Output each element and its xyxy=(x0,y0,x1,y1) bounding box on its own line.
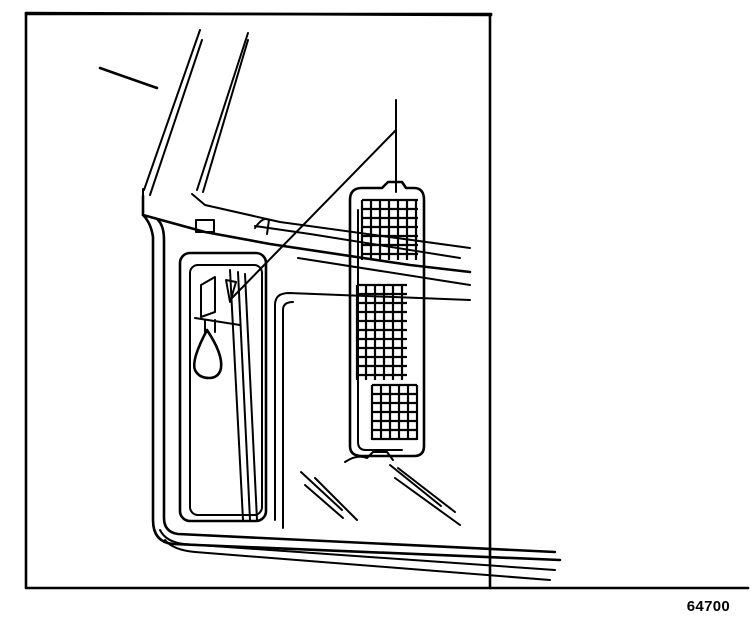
figure-frame xyxy=(26,13,748,588)
glass-reflection xyxy=(301,465,460,525)
lens xyxy=(345,182,424,462)
service-illustration xyxy=(0,0,752,622)
bulb xyxy=(194,320,221,378)
lens-grid xyxy=(357,200,418,440)
figure-number: 64700 xyxy=(687,598,730,615)
roof-panel xyxy=(100,30,470,285)
lamp-housing xyxy=(143,215,560,580)
